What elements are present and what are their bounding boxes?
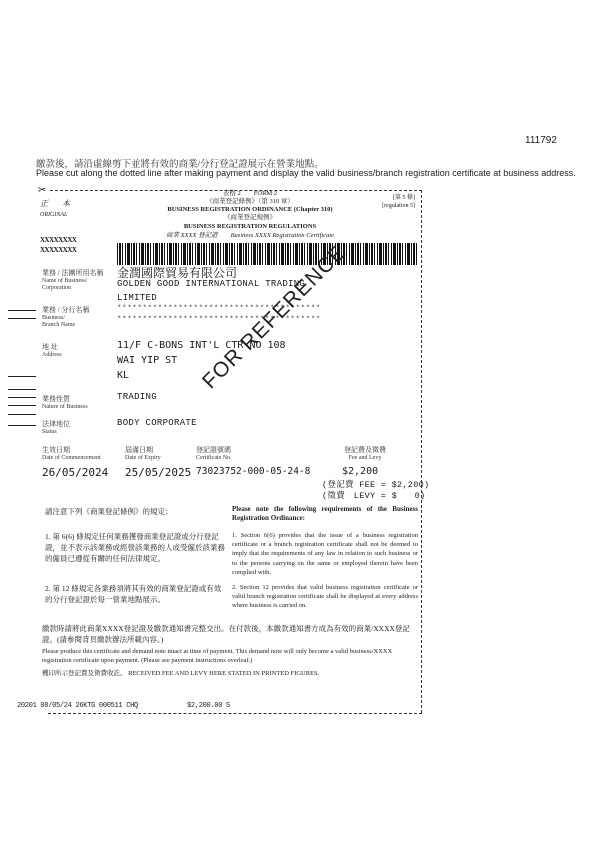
- note-zh-2: 2. 第 12 條規定各業務須將其有效的商業登記證或有效的分行登記證於每一營業地…: [45, 583, 225, 605]
- note-zh-1: 1. 第 6(6) 條規定任何業務獲發商業登記證或分行登記證，並不表示該業務或經…: [45, 531, 225, 564]
- regulation-ref-en: [regulation 5]: [370, 202, 415, 210]
- nature-label: 業務性質 Nature of Business: [42, 394, 88, 411]
- redacted-code-2: XXXXXXXX: [40, 246, 76, 254]
- margin-mark: [8, 414, 36, 415]
- status-label: 法律地位 Status: [42, 419, 70, 436]
- received-note: 機印所示登記費及徵費收訖。 RECEIVED FEE AND LEVY HERE…: [42, 668, 319, 677]
- address-label: 地 址 Address: [42, 342, 62, 359]
- note-en-2: 2. Section 12 provides that valid busine…: [232, 583, 418, 611]
- margin-mark: [8, 425, 36, 426]
- note-en-1: 1. Section 6(6) provides that the issue …: [232, 531, 418, 577]
- fee-label: 登記費及徵費 Fee and Levy: [335, 445, 395, 462]
- commencement-label: 生效日期 Date of Commencement: [42, 445, 101, 462]
- fee-total: $2,200: [342, 466, 378, 477]
- notes-heading-en: Please note the following requirements o…: [232, 505, 418, 523]
- commencement-value: 26/05/2024: [42, 466, 108, 479]
- original-label-zh: 正 本: [40, 198, 76, 209]
- business-name-en-2: LIMITED: [117, 293, 157, 303]
- receipt-line: 20201 08/05/24 26KTG 000511 CHQ: [17, 702, 138, 710]
- scissors-icon: ✂: [38, 185, 46, 196]
- regulations-en: BUSINESS REGISTRATION REGULATIONS: [140, 223, 360, 232]
- reference-number: 111792: [525, 135, 557, 146]
- business-name-label: 業務 / 法團所用名稱 Name of Business/ Corporatio…: [42, 268, 103, 292]
- levy-line: (徵費 LEVY = $ 0): [322, 489, 425, 501]
- payment-note-en: Please produce this certificate and dema…: [42, 647, 420, 665]
- margin-mark: [8, 376, 36, 377]
- certificate-title: 商業 XXXX 登記證 Business XXXX Registration C…: [140, 232, 360, 241]
- regulations-zh: 《商業登記規例》: [140, 214, 360, 223]
- original-label-en: ORIGINAL: [40, 212, 67, 218]
- cut-line-right: [421, 190, 422, 713]
- margin-mark: [8, 389, 36, 390]
- branch-name-label: 業務 / 分行名稱 Business/ Branch Name: [42, 305, 89, 329]
- instructions-en: Please cut along the dotted line after m…: [36, 168, 576, 178]
- payment-note-zh: 繳款時請將此商業XXXX登記證及繳款通知書完整交出。在付款後，本繳款通知書方成為…: [42, 623, 420, 645]
- margin-mark: [8, 318, 36, 319]
- cut-line-bottom: [48, 713, 422, 714]
- status-value: BODY CORPORATE: [117, 418, 197, 428]
- expiry-label: 屆滿日期 Date of Expiry: [125, 445, 161, 462]
- redacted-code-1: XXXXXXXX: [40, 236, 76, 244]
- notes-heading-zh: 請注意下列《商業登記條例》的規定：: [45, 506, 230, 517]
- nature-value: TRADING: [117, 392, 157, 402]
- business-name-en-1: GOLDEN GOOD INTERNATIONAL TRADING: [117, 279, 305, 289]
- certificate-no-value: 73023752-000-05-24-8: [196, 466, 310, 477]
- margin-mark: [8, 405, 36, 406]
- address-line-3: KL: [117, 370, 129, 381]
- certificate-no-label: 登記證號碼 Certificate No.: [196, 445, 232, 462]
- address-line-2: WAI YIP ST: [117, 355, 177, 366]
- margin-mark: [8, 310, 36, 311]
- receipt-amount: $2,200.00 S: [187, 702, 230, 710]
- expiry-value: 25/05/2025: [125, 466, 191, 479]
- regulation-ref-zh: [第 5 條]: [370, 194, 415, 202]
- regulation-ref: [第 5 條] [regulation 5]: [370, 194, 415, 210]
- barcode: [117, 243, 417, 265]
- margin-mark: [8, 397, 36, 398]
